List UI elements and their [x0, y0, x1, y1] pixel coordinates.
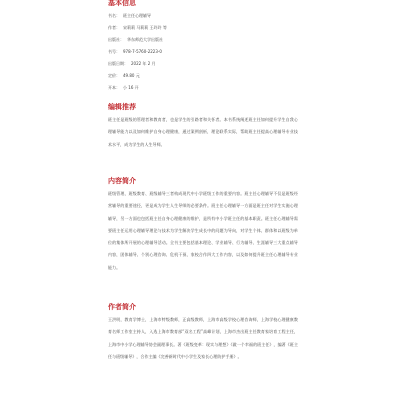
- info-row-isbn: 书号：978-7-5760-2223-0: [108, 46, 167, 58]
- section-title-editor-recommend: 编辑推荐: [108, 102, 298, 112]
- author-intro-section: 作者简介 王洪明，教育学博士，上海市特级教师，正高级教师，上海市高级学校心理咨询…: [108, 302, 298, 363]
- info-row-price: 定价：49.80 元: [108, 70, 167, 82]
- info-row-author: 作者：宋莉莉 马莉莉 王玲玲 等: [108, 22, 167, 34]
- editor-recommend-section: 编辑推荐 班主任是班级的管理者和教育者，也是学生的引路者和关怀者。本书系统阐述班…: [108, 102, 298, 151]
- basic-info-section: 基本信息 书名：班主任心理辅导 作者：宋莉莉 马莉莉 王玲玲 等 出版社：华东师…: [108, 0, 167, 94]
- info-row-publish-date: 出版日期：2022 年 2 月: [108, 58, 167, 70]
- editor-recommend-text: 班主任是班级的管理者和教育者，也是学生的引路者和关怀者。本书系统阐述班主任如何提…: [108, 114, 298, 151]
- section-title-content-intro: 内容简介: [108, 176, 298, 186]
- content-intro-text: 班级管理、班级教育、班级辅导三者构成现代中小学班级工作的重要内容。班主任心理辅导…: [108, 188, 298, 274]
- info-row-book-title: 书名：班主任心理辅导: [108, 10, 167, 22]
- author-intro-text: 王洪明，教育学博士，上海市特级教师，正高级教师，上海市高级学校心理咨询师，上海学…: [108, 314, 298, 363]
- section-title-basic-info: 基本信息: [108, 0, 167, 8]
- section-title-author-intro: 作者简介: [108, 302, 298, 312]
- info-row-publisher: 出版社：华东师范大学出版社: [108, 34, 167, 46]
- content-intro-section: 内容简介 班级管理、班级教育、班级辅导三者构成现代中小学班级工作的重要内容。班主…: [108, 176, 298, 274]
- info-row-format: 开本：小 16 开: [108, 82, 167, 94]
